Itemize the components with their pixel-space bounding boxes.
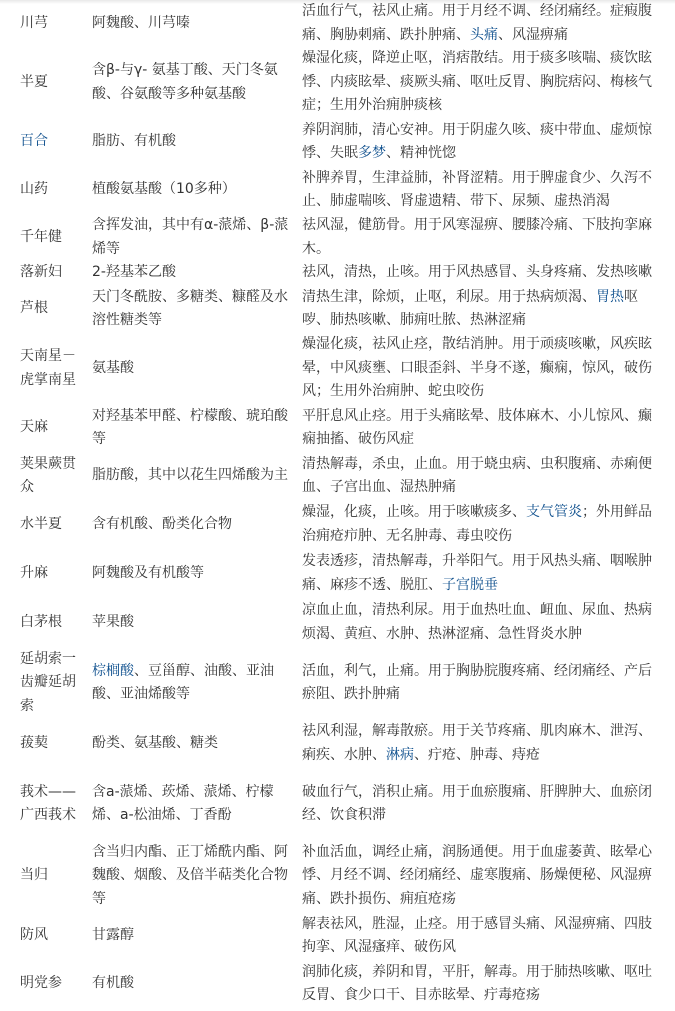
components-cell: 酚类、氨基酸、糖类	[82, 719, 294, 768]
herb-name: 半夏	[20, 74, 48, 90]
effects-text: 清热生津，除烦，止呕，利尿。用于热病烦渴、	[302, 289, 596, 305]
effects-text: 润肺化痰，养阴和胃，平肝，解毒。用于肺热咳嗽、呕吐反胃、食少口干、目赤眩晕、疔毒…	[302, 964, 652, 1004]
components-text: 对羟基苯甲醛、柠檬酸、琥珀酸等	[92, 408, 288, 448]
components-cell: 植酸氨基酸（10多种）	[82, 166, 294, 214]
components-text: 有机酸	[92, 975, 134, 991]
components-text: 甘露醇	[92, 927, 134, 943]
herb-name: 当归	[20, 867, 48, 883]
components-text: 植酸氨基酸（10多种）	[92, 181, 236, 197]
components-text: 含当归内酯、正丁烯酰内酯、阿魏酸、烟酸、及倍半萜类化合物等	[92, 844, 288, 907]
herb-name-cell: 千年健	[0, 214, 82, 261]
herb-name-cell: 川芎	[0, 0, 82, 47]
herb-name: 水半夏	[20, 516, 62, 532]
table-row: 千年健含挥发油，其中有α-蒎烯、β-蒎烯等祛风湿，健筋骨。用于风寒湿痹、腰膝冷痛…	[0, 214, 675, 261]
herb-name-cell: 菝葜	[0, 719, 82, 768]
herb-name-cell: 莪术——广西莪术	[0, 768, 82, 840]
table-row: 芦根天门冬酰胺、多糖类、糠醛及水溶性糖类等清热生津，除烦，止呕，利尿。用于热病烦…	[0, 285, 675, 333]
effects-text: 祛风，清热，止咳。用于风热感冒、头身疼痛、发热咳嗽	[302, 264, 652, 280]
components-cell: 含有机酸、酚类化合物	[82, 500, 294, 549]
table-row: 升麻阿魏酸及有机酸等发表透疹，清热解毒，升举阳气。用于风热头痛、咽喉肿痛、麻疹不…	[0, 549, 675, 598]
effects-cell: 清热解毒，杀虫，止血。用于蛲虫病、虫积腹痛、赤痢便血、子宫出血、湿热肿痛	[294, 452, 675, 500]
herb-name: 明党参	[20, 975, 62, 991]
effects-cell: 祛风，清热，止咳。用于风热感冒、头身疼痛、发热咳嗽	[294, 261, 675, 285]
term-link[interactable]: 淋病	[386, 747, 414, 763]
table-row: 明党参有机酸润肺化痰，养阴和胃，平肝，解毒。用于肺热咳嗽、呕吐反胃、食少口干、目…	[0, 960, 675, 1008]
herb-name: 菝葜	[20, 735, 48, 751]
components-cell: 脂肪、有机酸	[82, 118, 294, 166]
herb-name: 山药	[20, 181, 48, 197]
effects-cell: 祛风湿，健筋骨。用于风寒湿痹、腰膝冷痛、下肢拘挛麻木。	[294, 214, 675, 261]
components-text: 天门冬酰胺、多糖类、糠醛及水溶性糖类等	[92, 289, 288, 329]
table-row: 防风甘露醇解表祛风，胜湿，止痉。用于感冒头痛、风湿痹痛、四肢拘挛、风湿瘙痒、破伤…	[0, 912, 675, 960]
herb-name-link[interactable]: 百合	[20, 133, 48, 149]
effects-text: 补脾养胃，生津益肺，补肾涩精。用于脾虚食少、久泻不止、肺虚喘咳、肾虚遗精、带下、…	[302, 170, 652, 210]
herb-name-cell: 天麻	[0, 404, 82, 452]
components-cell: 棕榈酸、豆甾醇、油酸、亚油酸、亚油烯酸等	[82, 647, 294, 719]
effects-text: 、疔疮、肿毒、痔疮	[414, 747, 540, 763]
herb-name-cell: 山药	[0, 166, 82, 214]
components-cell: 2-羟基苯乙酸	[82, 261, 294, 285]
effects-text: 燥湿化痰，祛风止痉，散结消肿。用于顽痰咳嗽，风疾眩晕，中风痰壅、口眼歪斜、半身不…	[302, 336, 652, 399]
herb-name: 芦根	[20, 300, 48, 316]
table-body: 川芎阿魏酸、川芎嗪活血行气，祛风止痛。用于月经不调、经闭痛经。症瘕腹痛、胸胁刺痛…	[0, 0, 675, 1008]
components-cell: 甘露醇	[82, 912, 294, 960]
components-cell: 含当归内酯、正丁烯酰内酯、阿魏酸、烟酸、及倍半萜类化合物等	[82, 840, 294, 912]
effects-cell: 燥湿化痰，降逆止呕，消痞散结。用于痰多咳喘、痰饮眩悸、内痰眩晕、痰厥头痛、呕吐反…	[294, 47, 675, 118]
effects-cell: 破血行气，消积止痛。用于血瘀腹痛、肝脾肿大、血瘀闭经、饮食积滞	[294, 768, 675, 840]
components-cell: 阿魏酸、川芎嗪	[82, 0, 294, 47]
components-cell: 含a-蒎烯、莰烯、蒎烯、柠檬烯、a-松油烯、丁香酚	[82, 768, 294, 840]
term-link[interactable]: 头痛	[470, 27, 498, 43]
herb-name-cell: 明党参	[0, 960, 82, 1008]
herb-name-cell: 荚果蕨贯众	[0, 452, 82, 500]
components-cell: 苹果酸	[82, 598, 294, 647]
table-row: 菝葜酚类、氨基酸、糖类祛风利湿，解毒散瘀。用于关节疼痛、肌肉麻木、泄泻、痢疾、水…	[0, 719, 675, 768]
components-cell: 有机酸	[82, 960, 294, 1008]
table-row: 莪术——广西莪术含a-蒎烯、莰烯、蒎烯、柠檬烯、a-松油烯、丁香酚破血行气，消积…	[0, 768, 675, 840]
effects-cell: 解表祛风，胜湿，止痉。用于感冒头痛、风湿痹痛、四肢拘挛、风湿瘙痒、破伤风	[294, 912, 675, 960]
effects-text: 、风湿痹痛	[498, 27, 568, 43]
components-cell: 氨基酸	[82, 333, 294, 404]
effects-text: 燥湿化痰，降逆止呕，消痞散结。用于痰多咳喘、痰饮眩悸、内痰眩晕、痰厥头痛、呕吐反…	[302, 50, 652, 113]
herb-name-cell: 当归	[0, 840, 82, 912]
table-row: 水半夏含有机酸、酚类化合物燥湿，化痰，止咳。用于咳嗽痰多、支气管炎；外用鲜品治痈…	[0, 500, 675, 549]
components-text: 酚类、氨基酸、糖类	[92, 735, 218, 751]
effects-cell: 润肺化痰，养阴和胃，平肝，解毒。用于肺热咳嗽、呕吐反胃、食少口干、目赤眩晕、疔毒…	[294, 960, 675, 1008]
herb-name-cell: 延胡索一齿瓣延胡索	[0, 647, 82, 719]
components-text: 含挥发油，其中有α-蒎烯、β-蒎烯等	[92, 217, 288, 257]
effects-text: 补血活血，调经止痛，润肠通便。用于血虚萎黄、眩晕心悸、月经不调、经闭痛经、虚寒腹…	[302, 844, 652, 907]
herb-name: 防风	[20, 927, 48, 943]
effects-cell: 发表透疹，清热解毒，升举阳气。用于风热头痛、咽喉肿痛、麻疹不透、脱肛、子宫脱垂	[294, 549, 675, 598]
components-text: 阿魏酸、川芎嗪	[92, 15, 190, 31]
effects-text: 清热解毒，杀虫，止血。用于蛲虫病、虫积腹痛、赤痢便血、子宫出血、湿热肿痛	[302, 456, 652, 496]
effects-text: 平肝息风止痉。用于头痛眩晕、肢体麻木、小儿惊风、癫痫抽搐、破伤风症	[302, 408, 652, 448]
term-link[interactable]: 胃热	[596, 289, 624, 305]
components-cell: 含β-与γ- 氨基丁酸、天门冬氨酸、谷氨酸等多种氨基酸	[82, 47, 294, 118]
term-link[interactable]: 多梦	[358, 145, 386, 161]
herb-name-cell: 半夏	[0, 47, 82, 118]
components-text: 苹果酸	[92, 614, 134, 630]
effects-text: 凉血止血，清热利尿。用于血热吐血、衄血、尿血、热病烦渴、黄疸、水肿、热淋涩痛、急…	[302, 602, 652, 642]
effects-text: 活血，利气，止痛。用于胸胁脘腹疼痛、经闭痛经、产后瘀阻、跌扑肿痛	[302, 663, 652, 703]
components-cell: 脂肪酸，其中以花生四烯酸为主	[82, 452, 294, 500]
table-row: 延胡索一齿瓣延胡索棕榈酸、豆甾醇、油酸、亚油酸、亚油烯酸等活血，利气，止痛。用于…	[0, 647, 675, 719]
effects-text: 解表祛风，胜湿，止痉。用于感冒头痛、风湿痹痛、四肢拘挛、风湿瘙痒、破伤风	[302, 916, 652, 956]
effects-cell: 燥湿，化痰，止咳。用于咳嗽痰多、支气管炎；外用鲜品治痈疮疖肿、无名肿毒、毒虫咬伤	[294, 500, 675, 549]
term-link[interactable]: 棕榈酸	[92, 663, 134, 679]
table-row: 白茅根苹果酸凉血止血，清热利尿。用于血热吐血、衄血、尿血、热病烦渴、黄疸、水肿、…	[0, 598, 675, 647]
effects-cell: 清热生津，除烦，止呕，利尿。用于热病烦渴、胃热呕哕、肺热咳嗽、肺痈吐脓、热淋涩痛	[294, 285, 675, 333]
table-row: 山药植酸氨基酸（10多种）补脾养胃，生津益肺，补肾涩精。用于脾虚食少、久泻不止、…	[0, 166, 675, 214]
herb-name: 荚果蕨贯众	[20, 456, 76, 496]
components-cell: 阿魏酸及有机酸等	[82, 549, 294, 598]
herb-name-cell: 天南星－虎掌南星	[0, 333, 82, 404]
herb-name: 千年健	[20, 229, 62, 245]
effects-text: 破血行气，消积止痛。用于血瘀腹痛、肝脾肿大、血瘀闭经、饮食积滞	[302, 784, 652, 824]
table-row: 落新妇2-羟基苯乙酸祛风，清热，止咳。用于风热感冒、头身疼痛、发热咳嗽	[0, 261, 675, 285]
components-text: 脂肪、有机酸	[92, 133, 176, 149]
herb-name-cell: 防风	[0, 912, 82, 960]
effects-cell: 活血，利气，止痛。用于胸胁脘腹疼痛、经闭痛经、产后瘀阻、跌扑肿痛	[294, 647, 675, 719]
components-cell: 天门冬酰胺、多糖类、糠醛及水溶性糖类等	[82, 285, 294, 333]
herb-name: 莪术——广西莪术	[20, 784, 76, 824]
components-text: 含a-蒎烯、莰烯、蒎烯、柠檬烯、a-松油烯、丁香酚	[92, 784, 274, 824]
table-row: 天麻对羟基苯甲醛、柠檬酸、琥珀酸等平肝息风止痉。用于头痛眩晕、肢体麻木、小儿惊风…	[0, 404, 675, 452]
effects-cell: 补血活血，调经止痛，润肠通便。用于血虚萎黄、眩晕心悸、月经不调、经闭痛经、虚寒腹…	[294, 840, 675, 912]
effects-cell: 补脾养胃，生津益肺，补肾涩精。用于脾虚食少、久泻不止、肺虚喘咳、肾虚遗精、带下、…	[294, 166, 675, 214]
herb-name: 落新妇	[20, 264, 62, 280]
term-link[interactable]: 支气管炎	[526, 504, 582, 520]
herb-name-cell: 升麻	[0, 549, 82, 598]
effects-cell: 凉血止血，清热利尿。用于血热吐血、衄血、尿血、热病烦渴、黄疸、水肿、热淋涩痛、急…	[294, 598, 675, 647]
herb-name-cell: 水半夏	[0, 500, 82, 549]
table-row: 当归含当归内酯、正丁烯酰内酯、阿魏酸、烟酸、及倍半萜类化合物等补血活血，调经止痛…	[0, 840, 675, 912]
herb-name: 升麻	[20, 565, 48, 581]
herb-name: 天麻	[20, 419, 48, 435]
herb-components-table: 川芎阿魏酸、川芎嗪活血行气，祛风止痛。用于月经不调、经闭痛经。症瘕腹痛、胸胁刺痛…	[0, 0, 675, 1008]
herb-name-cell: 芦根	[0, 285, 82, 333]
table-row: 荚果蕨贯众脂肪酸，其中以花生四烯酸为主清热解毒，杀虫，止血。用于蛲虫病、虫积腹痛…	[0, 452, 675, 500]
herb-name: 川芎	[20, 15, 48, 31]
herb-name-cell: 白茅根	[0, 598, 82, 647]
effects-cell: 活血行气，祛风止痛。用于月经不调、经闭痛经。症瘕腹痛、胸胁刺痛、跌扑肿痛、头痛、…	[294, 0, 675, 47]
table-row: 川芎阿魏酸、川芎嗪活血行气，祛风止痛。用于月经不调、经闭痛经。症瘕腹痛、胸胁刺痛…	[0, 0, 675, 47]
effects-text: 、精神恍惚	[386, 145, 456, 161]
components-cell: 对羟基苯甲醛、柠檬酸、琥珀酸等	[82, 404, 294, 452]
components-text: 含有机酸、酚类化合物	[92, 516, 232, 532]
effects-cell: 祛风利湿，解毒散瘀。用于关节疼痛、肌肉麻木、泄泻、痢疾、水肿、淋病、疔疮、肿毒、…	[294, 719, 675, 768]
effects-text: 养阴润肺，清心安神。用于阴虚久咳、痰中带血、虚烦惊悸、失眠	[302, 122, 652, 162]
effects-text: 燥湿，化痰，止咳。用于咳嗽痰多、	[302, 504, 526, 520]
table-row: 天南星－虎掌南星氨基酸燥湿化痰，祛风止痉，散结消肿。用于顽痰咳嗽，风疾眩晕，中风…	[0, 333, 675, 404]
components-cell: 含挥发油，其中有α-蒎烯、β-蒎烯等	[82, 214, 294, 261]
herb-name: 延胡索一齿瓣延胡索	[20, 651, 76, 714]
table-row: 半夏含β-与γ- 氨基丁酸、天门冬氨酸、谷氨酸等多种氨基酸燥湿化痰，降逆止呕，消…	[0, 47, 675, 118]
effects-cell: 燥湿化痰，祛风止痉，散结消肿。用于顽痰咳嗽，风疾眩晕，中风痰壅、口眼歪斜、半身不…	[294, 333, 675, 404]
components-text: 阿魏酸及有机酸等	[92, 565, 204, 581]
herb-name-cell: 落新妇	[0, 261, 82, 285]
herb-name: 天南星－虎掌南星	[20, 348, 76, 388]
components-text: 2-羟基苯乙酸	[92, 264, 176, 280]
components-text: 氨基酸	[92, 360, 134, 376]
effects-cell: 养阴润肺，清心安神。用于阴虚久咳、痰中带血、虚烦惊悸、失眠多梦、精神恍惚	[294, 118, 675, 166]
effects-cell: 平肝息风止痉。用于头痛眩晕、肢体麻木、小儿惊风、癫痫抽搐、破伤风症	[294, 404, 675, 452]
components-text: 脂肪酸，其中以花生四烯酸为主	[92, 467, 288, 483]
term-link[interactable]: 子宫脱垂	[442, 577, 498, 593]
herb-name: 白茅根	[20, 614, 62, 630]
effects-text: 祛风湿，健筋骨。用于风寒湿痹、腰膝冷痛、下肢拘挛麻木。	[302, 217, 652, 257]
table-row: 百合脂肪、有机酸养阴润肺，清心安神。用于阴虚久咳、痰中带血、虚烦惊悸、失眠多梦、…	[0, 118, 675, 166]
herb-name-cell[interactable]: 百合	[0, 118, 82, 166]
components-text: 含β-与γ- 氨基丁酸、天门冬氨酸、谷氨酸等多种氨基酸	[92, 62, 278, 102]
